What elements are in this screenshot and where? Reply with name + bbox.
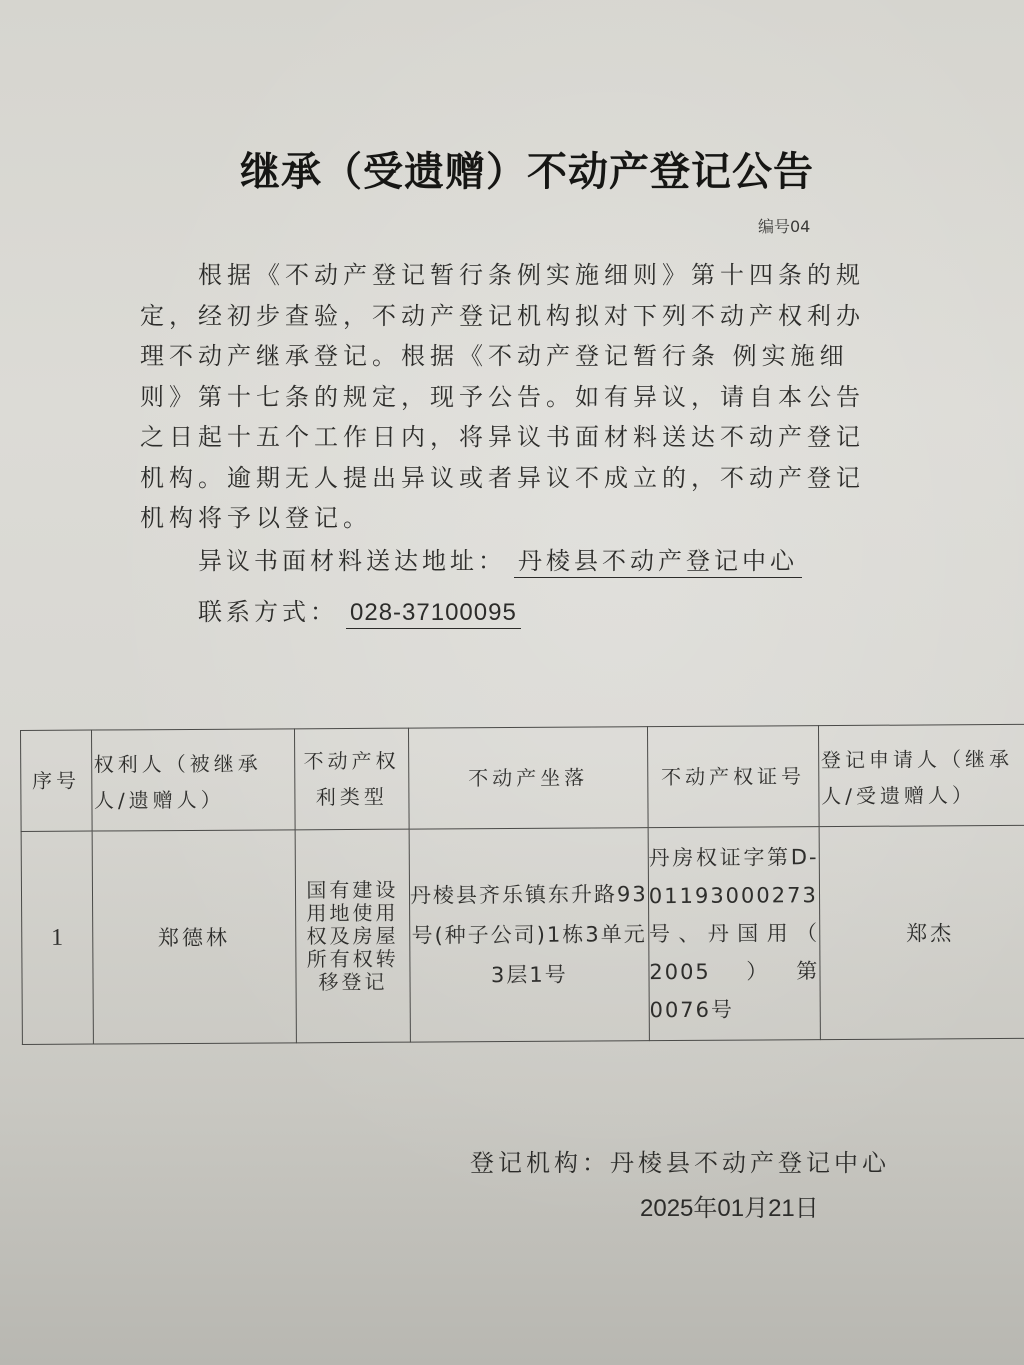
table-row: 1 郑德林 国有建设用地使用权及房屋所有权转移登记 丹棱县齐乐镇东升路93号(种… bbox=[21, 825, 1024, 1044]
cell-property-location: 丹棱县齐乐镇东升路93号(种子公司)1栋3单元3层1号 bbox=[409, 828, 649, 1042]
header-property-location: 不动产坐落 bbox=[408, 727, 648, 829]
document-number: 编号04 bbox=[758, 214, 810, 237]
notice-title: 继承（受遗赠）不动产登记公告 bbox=[0, 140, 1024, 197]
contact-line: 联系方式：028-37100095 bbox=[198, 592, 521, 627]
header-applicant: 登记申请人（继承人/受遗赠人） bbox=[818, 724, 1024, 826]
cell-certificate-number: 丹房权证字第D-01193000273号、丹国用（ 2005 ）第0076号 bbox=[648, 827, 820, 1041]
objection-address-value: 丹棱县不动产登记中心 bbox=[514, 547, 802, 578]
cell-right-type: 国有建设用地使用权及房屋所有权转移登记 bbox=[295, 829, 410, 1043]
cell-applicant: 郑杰 bbox=[819, 825, 1024, 1039]
registration-table: 序号 权利人（被继承人/遗赠人） 不动产权利类型 不动产坐落 不动产权证号 登记… bbox=[20, 724, 1024, 1045]
header-right-holder: 权利人（被继承人/遗赠人） bbox=[91, 729, 295, 831]
header-right-type: 不动产权利类型 bbox=[294, 728, 409, 830]
table-header-row: 序号 权利人（被继承人/遗赠人） 不动产权利类型 不动产坐落 不动产权证号 登记… bbox=[21, 724, 1024, 831]
objection-address-label: 异议书面材料送达地址： bbox=[198, 547, 506, 575]
contact-label: 联系方式： bbox=[198, 598, 338, 626]
cell-serial-number: 1 bbox=[21, 831, 93, 1044]
header-certificate-number: 不动产权证号 bbox=[647, 726, 819, 828]
registration-organization: 登记机构：丹棱县不动产登记中心 bbox=[470, 1143, 890, 1178]
objection-address-line: 异议书面材料送达地址：丹棱县不动产登记中心 bbox=[198, 541, 802, 576]
notice-date: 2025年01月21日 bbox=[640, 1188, 819, 1223]
cell-right-holder: 郑德林 bbox=[92, 830, 297, 1044]
contact-phone-value: 028-37100095 bbox=[346, 599, 521, 629]
header-serial-number: 序号 bbox=[21, 730, 92, 831]
notice-body-paragraph: 根据《不动产登记暂行条例实施细则》第十四条的规定，经初步查验，不动产登记机构拟对… bbox=[140, 255, 880, 539]
